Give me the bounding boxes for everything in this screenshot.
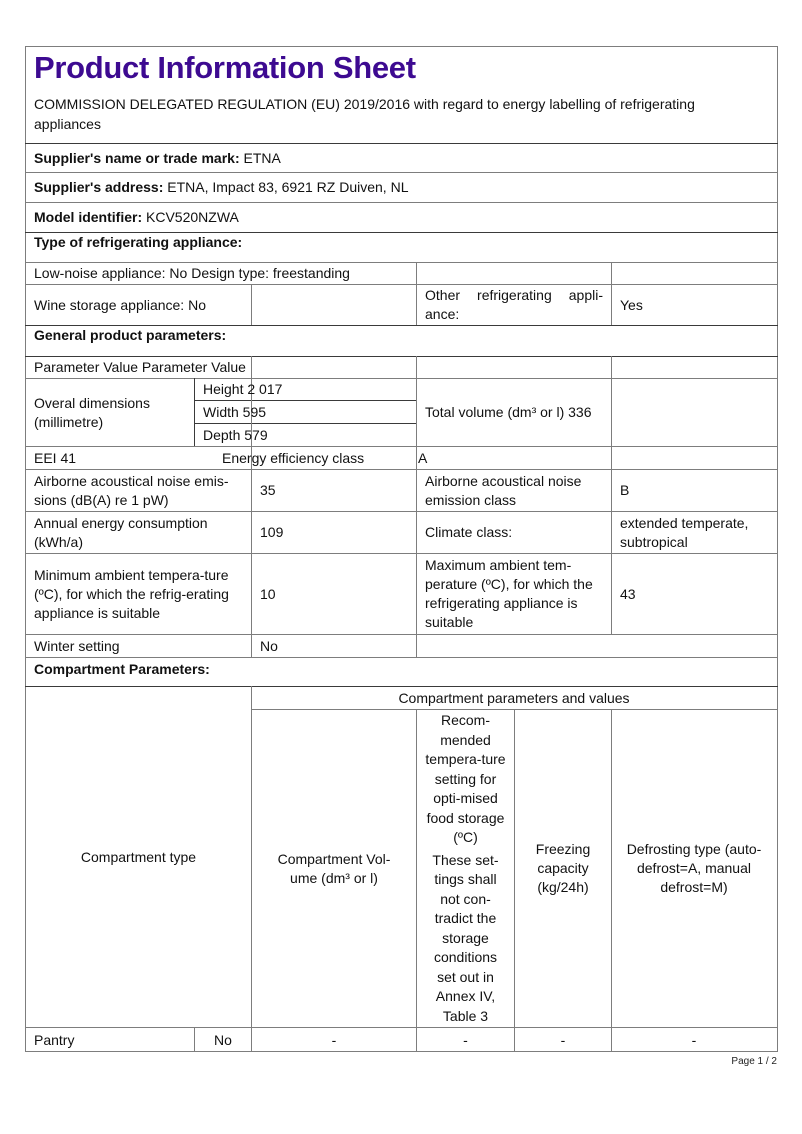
general-params-heading: General product parameters: <box>26 326 776 346</box>
winter-setting-value: No <box>252 635 416 657</box>
annual-energy-label: Annual energy consumption (kWh/a) <box>26 512 251 553</box>
max-temp-value: 43 <box>612 554 776 634</box>
supplier-name-label: Supplier's name or trade mark: <box>34 150 240 166</box>
model-identifier-label: Model identifier: <box>34 209 142 225</box>
total-volume: Total volume (dm³ or l) 336 <box>417 379 611 446</box>
min-temp-value: 10 <box>252 554 416 634</box>
climate-class-value: extended temperate, subtropical <box>612 512 776 553</box>
model-identifier-row: Model identifier: KCV520NZWA <box>26 203 776 232</box>
other-appliance-label: Other refrigerating appli-ance: <box>417 285 611 325</box>
annual-energy-value: 109 <box>252 512 416 553</box>
model-identifier-value: KCV520NZWA <box>142 209 239 225</box>
compartment-type: Pantry <box>26 1028 194 1052</box>
climate-class-label: Climate class: <box>417 512 611 553</box>
dimension-width: Width 595 <box>195 401 416 423</box>
supplier-address-label: Supplier's address: <box>34 179 163 195</box>
noise-class-value: B <box>612 470 776 511</box>
col-defrosting-type: Defrosting type (auto-defrost=A, manual … <box>612 710 776 1027</box>
parameter-header: Parameter Value Parameter Value <box>26 357 416 378</box>
page-title: Product Information Sheet <box>34 50 416 86</box>
col-recommended-temp: Recom-mended tempera-ture setting for op… <box>417 711 514 1026</box>
compartment-freezing: - <box>515 1028 611 1052</box>
col-compartment-type: Compartment type <box>26 687 251 1027</box>
supplier-address-row: Supplier's address: ETNA, Impact 83, 692… <box>26 173 776 202</box>
compartment-group-header: Compartment parameters and values <box>252 687 776 709</box>
page-indicator: Page 1 / 2 <box>731 1056 777 1067</box>
noise-label: Airborne acoustical noise emis-sions (dB… <box>26 470 251 511</box>
compartment-defrost: - <box>612 1028 776 1052</box>
low-noise-design-type: Low-noise appliance: No Design type: fre… <box>26 263 416 284</box>
compartment-temp: - <box>417 1028 514 1052</box>
appliance-type-heading: Type of refrigerating appliance: <box>26 233 776 253</box>
dimension-depth: Depth 579 <box>195 424 416 446</box>
col-compartment-volume: Compartment Vol-ume (dm³ or l) <box>252 710 416 1027</box>
noise-value: 35 <box>252 470 416 511</box>
compartment-volume: - <box>252 1028 416 1052</box>
supplier-name-value: ETNA <box>240 150 281 166</box>
wine-storage: Wine storage appliance: No <box>26 285 251 325</box>
other-appliance-value: Yes <box>612 285 776 325</box>
col-freezing-capacity: Freezing capacity (kg/24h) <box>515 710 611 1027</box>
max-temp-label: Maximum ambient tem-perature (ºC), for w… <box>417 554 611 634</box>
supplier-name-row: Supplier's name or trade mark: ETNA <box>26 144 776 172</box>
compartment-present: No <box>195 1028 251 1052</box>
energy-class-label: Energy efficiency class <box>214 447 414 469</box>
eei-value: EEI 41 <box>26 447 206 469</box>
dimension-height: Height 2 017 <box>195 379 416 400</box>
min-temp-label: Minimum ambient tempera-ture (ºC), for w… <box>26 554 251 634</box>
supplier-address-value: ETNA, Impact 83, 6921 RZ Duiven, NL <box>163 179 408 195</box>
regulation-text: COMMISSION DELEGATED REGULATION (EU) 201… <box>34 95 754 134</box>
winter-setting-label: Winter setting <box>26 635 251 657</box>
dimensions-label: Overal dimensions (millimetre) <box>26 379 176 446</box>
compartment-params-heading: Compartment Parameters: <box>26 658 776 680</box>
noise-class-label: Airborne acoustical noise emission class <box>417 470 611 511</box>
energy-class-value: A <box>410 447 510 469</box>
